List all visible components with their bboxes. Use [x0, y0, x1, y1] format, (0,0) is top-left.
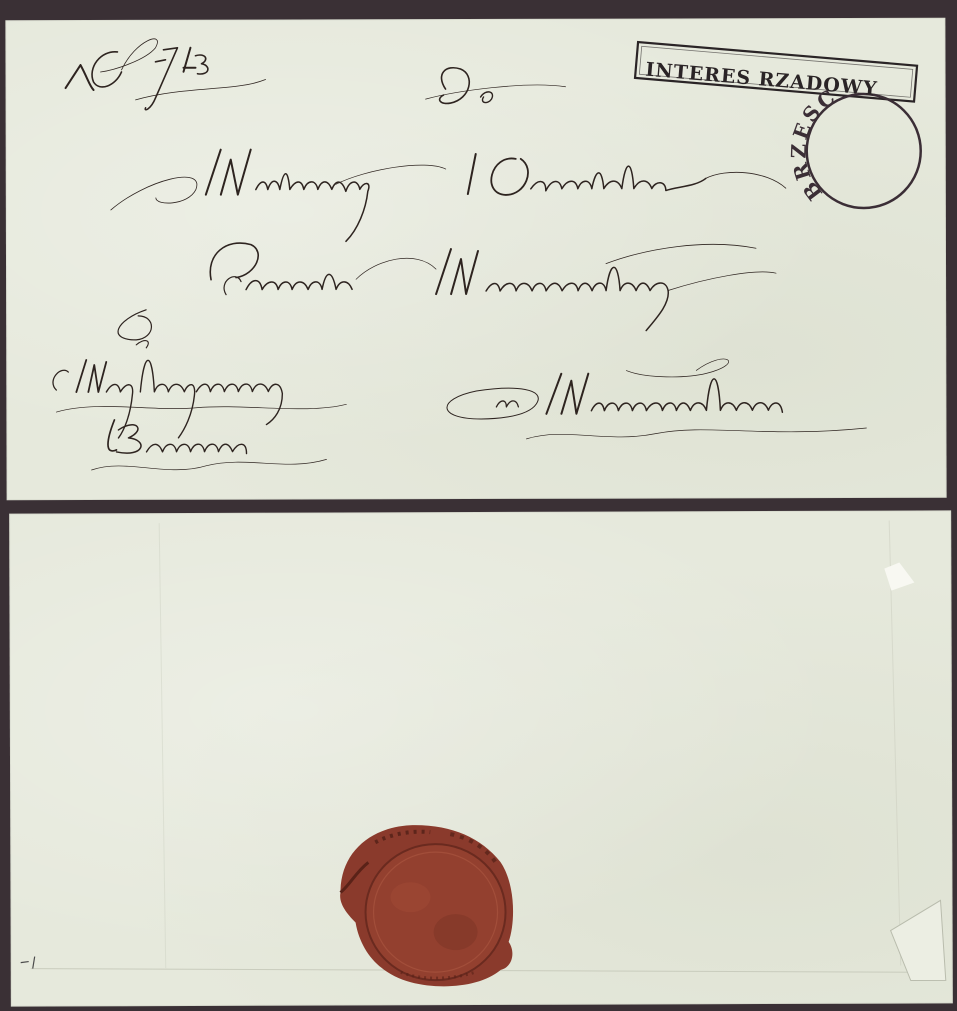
- brzesc-postmark-text: BRZESC: [786, 83, 842, 205]
- svg-text:BRZESC: BRZESC: [786, 83, 842, 205]
- paper-loss-mark: [884, 562, 914, 590]
- letter-back: [9, 510, 953, 1006]
- postmark-text-layer: BRZESC: [5, 18, 946, 500]
- back-details: [9, 510, 953, 1006]
- wax-seal: [340, 825, 513, 987]
- folded-corner: [890, 900, 945, 980]
- letter-front: INTERES RZADOWY BRZESC: [5, 18, 946, 500]
